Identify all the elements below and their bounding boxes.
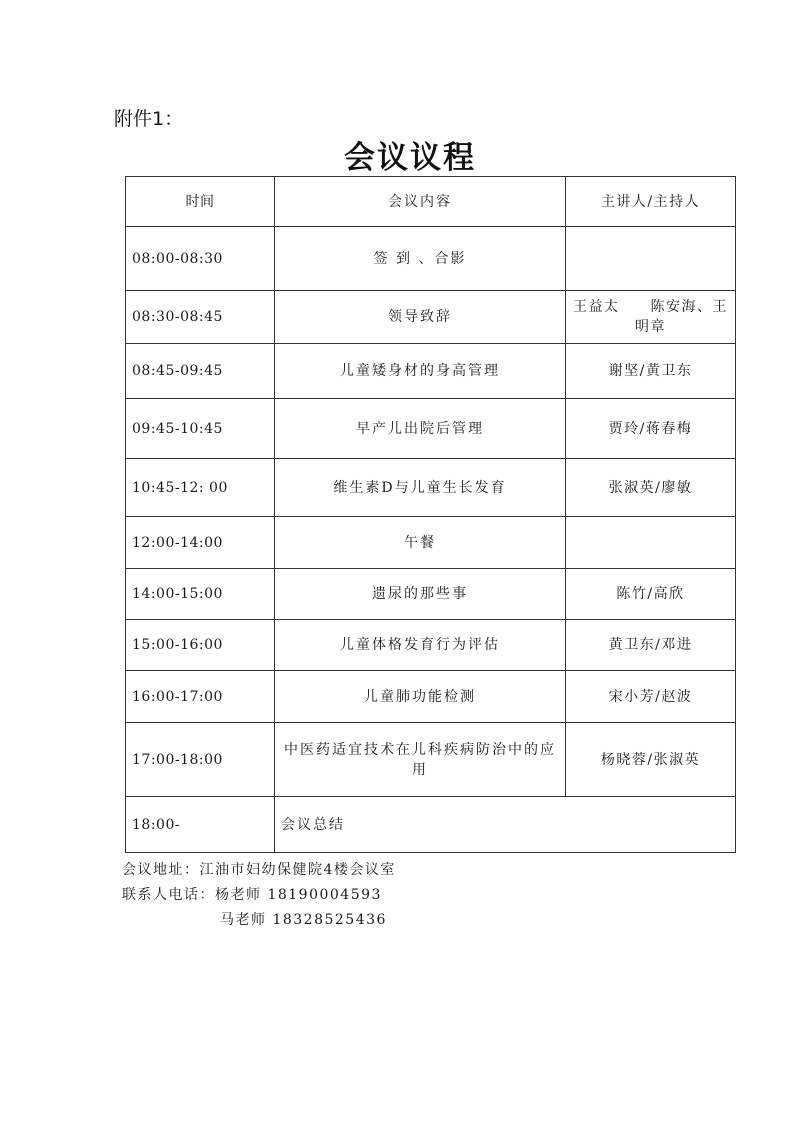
row-speaker: 谢坚/黄卫东 — [566, 344, 736, 399]
row-speaker: 杨晓蓉/张淑英 — [566, 723, 736, 797]
table-row: 15:00-16:00 儿童体格发育行为评估 黄卫东/邓进 — [126, 620, 736, 671]
row-content: 领导致辞 — [275, 291, 566, 344]
row-content: 儿童体格发育行为评估 — [275, 620, 566, 671]
row-time: 15:00-16:00 — [126, 620, 275, 671]
agenda-table: 时间 会议内容 主讲人/主持人 08:00-08:30 签 到 、合影 08:3… — [125, 176, 736, 853]
summary-row: 18:00- 会议总结 — [126, 797, 736, 853]
row-time: 08:45-09:45 — [126, 344, 275, 399]
row-content: 午餐 — [275, 517, 566, 569]
table-row: 12:00-14:00 午餐 — [126, 517, 736, 569]
table-row: 16:00-17:00 儿童肺功能检测 宋小芳/赵波 — [126, 671, 736, 723]
address-line: 会议地址：江油市妇幼保健院4楼会议室 — [122, 858, 396, 883]
address-label: 会议地址： — [122, 862, 200, 878]
row-speaker — [566, 517, 736, 569]
row-speaker: 黄卫东/邓进 — [566, 620, 736, 671]
row-time: 12:00-14:00 — [126, 517, 275, 569]
row-content: 维生素D与儿童生长发育 — [275, 459, 566, 517]
row-speaker: 陈竹/高欣 — [566, 569, 736, 620]
table-row: 08:00-08:30 签 到 、合影 — [126, 227, 736, 291]
row-speaker: 王益太 陈安海、王明章 — [566, 291, 736, 344]
header-speaker: 主讲人/主持人 — [566, 177, 736, 227]
row-content: 早产儿出院后管理 — [275, 399, 566, 459]
address-value: 江油市妇幼保健院4楼会议室 — [200, 862, 396, 878]
table-row: 14:00-15:00 遗尿的那些事 陈竹/高欣 — [126, 569, 736, 620]
row-content: 中医药适宜技术在儿科疾病防治中的应用 — [275, 723, 566, 797]
attachment-label: 附件1： — [114, 104, 183, 131]
summary-time: 18:00- — [126, 797, 275, 853]
row-time: 09:45-10:45 — [126, 399, 275, 459]
row-content: 儿童矮身材的身高管理 — [275, 344, 566, 399]
row-time: 08:00-08:30 — [126, 227, 275, 291]
row-speaker — [566, 227, 736, 291]
row-speaker: 贾玲/蒋春梅 — [566, 399, 736, 459]
contact-label: 联系人电话： — [122, 887, 215, 903]
contact-line: 联系人电话：杨老师 18190004593 — [122, 883, 396, 908]
row-speaker: 宋小芳/赵波 — [566, 671, 736, 723]
row-content: 儿童肺功能检测 — [275, 671, 566, 723]
row-time: 08:30-08:45 — [126, 291, 275, 344]
row-speaker: 张淑英/廖敏 — [566, 459, 736, 517]
table-row: 09:45-10:45 早产儿出院后管理 贾玲/蒋春梅 — [126, 399, 736, 459]
row-time: 16:00-17:00 — [126, 671, 275, 723]
table-row: 08:45-09:45 儿童矮身材的身高管理 谢坚/黄卫东 — [126, 344, 736, 399]
row-time: 14:00-15:00 — [126, 569, 275, 620]
row-time: 10:45-12: 00 — [126, 459, 275, 517]
table-row: 17:00-18:00 中医药适宜技术在儿科疾病防治中的应用 杨晓蓉/张淑英 — [126, 723, 736, 797]
contact-line: 马老师 18328525436 — [122, 908, 396, 933]
summary-content: 会议总结 — [275, 797, 736, 853]
table-row: 08:30-08:45 领导致辞 王益太 陈安海、王明章 — [126, 291, 736, 344]
contact-name: 杨老师 — [215, 887, 262, 903]
row-content: 签 到 、合影 — [275, 227, 566, 291]
row-time: 17:00-18:00 — [126, 723, 275, 797]
header-time: 时间 — [126, 177, 275, 227]
table-header-row: 时间 会议内容 主讲人/主持人 — [126, 177, 736, 227]
page-title: 会议议程 — [0, 132, 800, 177]
footer-info: 会议地址：江油市妇幼保健院4楼会议室 联系人电话：杨老师 18190004593… — [122, 858, 396, 933]
contact-name: 马老师 — [220, 912, 267, 928]
contact-phone: 18328525436 — [272, 912, 386, 928]
contact-phone: 18190004593 — [267, 887, 381, 903]
header-content: 会议内容 — [275, 177, 566, 227]
table-row: 10:45-12: 00 维生素D与儿童生长发育 张淑英/廖敏 — [126, 459, 736, 517]
row-content: 遗尿的那些事 — [275, 569, 566, 620]
